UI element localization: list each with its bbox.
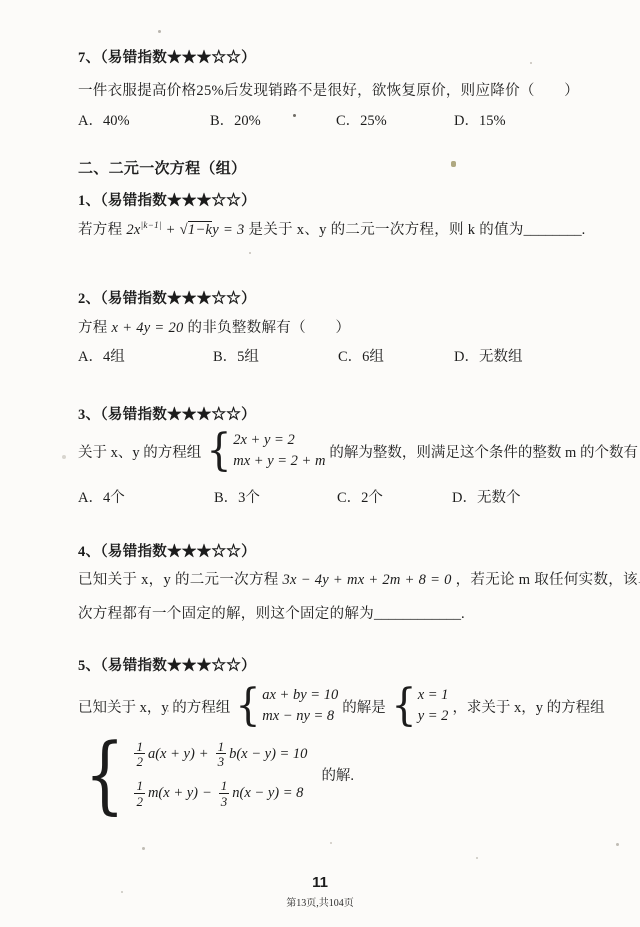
question-7-text: 一件衣服提高价格25%后发现销路不是很好，欲恢复原价，则应降价（ ） <box>78 79 579 100</box>
q5-mid-text: 的解是 <box>342 696 386 717</box>
question-2-option-a: A．4组 <box>78 345 125 366</box>
q1-plus: + <box>166 222 176 238</box>
q5-solution-system: { x = 1 y = 2 <box>390 684 449 728</box>
q5-tail-text: ，求关于 x，y 的方程组 <box>452 696 604 717</box>
q1-sqrt-sign: √ <box>180 222 188 238</box>
q3-system-row-2: mx + y = 2 + m <box>233 451 325 472</box>
q3-pre-text: 关于 x、y 的方程组 <box>78 441 201 462</box>
q1-exponent: |k−1| <box>141 220 162 230</box>
scan-speck <box>476 857 478 859</box>
question-5-target-system: { 12 a(x + y) + 13 b(x − y) = 10 12 m(x … <box>78 736 354 812</box>
left-brace: { <box>85 732 125 816</box>
question-5-line-1: 已知关于 x，y 的方程组 { ax + by = 10 mx − ny = 8… <box>78 682 605 730</box>
scan-speck <box>142 847 145 850</box>
q1-answer-blank: ________ <box>524 222 582 238</box>
page-info: 第13页,共104页 <box>0 894 640 909</box>
question-4-header: 4、（易错指数★★★☆☆） <box>78 540 256 561</box>
question-2-option-c: C．6组 <box>338 345 384 366</box>
left-brace: { <box>207 429 232 473</box>
scan-speck <box>121 891 123 893</box>
q1-radicand: 1−k <box>188 221 212 238</box>
question-2-header: 2、（易错指数★★★☆☆） <box>78 287 256 308</box>
question-2-option-d: D．无数组 <box>454 345 522 366</box>
q5-big-suffix: 的解. <box>321 764 354 785</box>
q5-big-r1-op: + <box>199 746 209 763</box>
scan-speck <box>330 842 332 844</box>
q4-answer-blank: ____________ <box>374 606 461 622</box>
q5-sol-row-1: x = 1 <box>418 685 449 706</box>
question-3-option-b: B．3个 <box>214 486 260 507</box>
question-7-option-c: C．25% <box>336 109 387 130</box>
left-brace: { <box>391 684 416 728</box>
scan-speck <box>167 710 169 712</box>
question-3-text: 关于 x、y 的方程组 { 2x + y = 2 mx + y = 2 + m … <box>78 428 640 474</box>
question-3-option-a: A．4个 <box>78 486 125 507</box>
q5-lead-text: 已知关于 x，y 的方程组 <box>78 696 230 717</box>
question-2-text: 方程 x + 4y = 20 的非负整数解有（ ） <box>78 316 350 337</box>
question-1-header: 1、（易错指数★★★☆☆） <box>78 189 256 210</box>
question-5-header: 5、（易错指数★★★☆☆） <box>78 654 256 675</box>
q5-big-r2-op: − <box>202 785 212 802</box>
scan-speck <box>293 114 296 117</box>
question-2-option-b: B．5组 <box>213 345 259 366</box>
scan-speck <box>249 252 251 254</box>
q3-post-text: 的解为整数，则满足这个条件的整数 m 的个数有（ ） <box>329 441 640 462</box>
q5-big-r2-term1: m(x + y) <box>148 785 198 802</box>
fraction-one-third: 13 <box>216 740 227 769</box>
q5-given-system: { ax + by = 10 mx − ny = 8 <box>234 684 338 728</box>
fraction-one-half: 12 <box>134 779 145 808</box>
q1-term1: 2x <box>126 222 140 238</box>
question-3-option-d: D．无数个 <box>452 486 520 507</box>
q5-big-r2-term2: n(x − y) = 8 <box>232 785 303 802</box>
q4-post-text: ，若无论 m 取任何实数，该二元一 <box>456 572 640 588</box>
q1-period: . <box>582 222 586 238</box>
question-3-option-c: C．2个 <box>337 486 383 507</box>
scanned-exam-page: 7、（易错指数★★★☆☆） 一件衣服提高价格25%后发现销路不是很好，欲恢复原价… <box>0 0 640 927</box>
q4-period: . <box>461 606 465 622</box>
question-1-text: 若方程 2x|k−1| + √1−ky = 3 是关于 x、y 的二元一次方程，… <box>78 218 586 239</box>
q2-pre-text: 方程 <box>78 320 108 336</box>
scan-speck <box>158 30 161 33</box>
q4-equation: 3x − 4y + mx + 2m + 8 = 0 <box>283 572 452 588</box>
scan-speck <box>530 62 532 64</box>
q5-sys1-row-1: ax + by = 10 <box>262 685 338 706</box>
q5-big-row-1: 12 a(x + y) + 13 b(x − y) = 10 <box>131 740 307 769</box>
q3-system-row-1: 2x + y = 2 <box>233 430 325 451</box>
q2-equation: x + 4y = 20 <box>112 320 184 336</box>
q5-big-row-2: 12 m(x + y) − 13 n(x − y) = 8 <box>131 779 307 808</box>
q1-y-var: y <box>212 222 219 238</box>
left-brace: { <box>236 684 261 728</box>
page-number: 11 <box>0 874 640 891</box>
fraction-one-third: 13 <box>219 779 230 808</box>
q1-equals: = 3 <box>223 222 245 238</box>
fraction-one-half: 12 <box>134 740 145 769</box>
question-7-header: 7、（易错指数★★★☆☆） <box>78 46 256 67</box>
q1-post-text: 是关于 x、y 的二元一次方程，则 k 的值为 <box>248 222 523 238</box>
question-7-option-b: B．20% <box>210 109 261 130</box>
q5-big-r1-term2: b(x − y) = 10 <box>229 746 307 763</box>
scan-speck <box>62 455 66 459</box>
question-7-option-d: D．15% <box>454 109 506 130</box>
q2-post-text: 的非负整数解有（ ） <box>187 320 350 336</box>
q5-big-r1-term1: a(x + y) <box>148 746 195 763</box>
question-4-line-2: 次方程都有一个固定的解，则这个固定的解为____________. <box>78 602 465 623</box>
question-4-line-1: 已知关于 x，y 的二元一次方程 3x − 4y + mx + 2m + 8 =… <box>78 568 640 589</box>
q1-pre-text: 若方程 <box>78 222 122 238</box>
scan-mark <box>451 161 456 167</box>
question-3-header: 3、（易错指数★★★☆☆） <box>78 403 256 424</box>
q5-sys1-row-2: mx − ny = 8 <box>262 706 338 727</box>
section-2-title: 二、二元一次方程（组） <box>78 157 246 178</box>
scan-speck <box>616 843 619 846</box>
q4-line2-text: 次方程都有一个固定的解，则这个固定的解为 <box>78 606 374 622</box>
q5-sol-row-2: y = 2 <box>418 706 449 727</box>
q4-pre-text: 已知关于 x，y 的二元一次方程 <box>78 572 279 588</box>
question-7-option-a: A．40% <box>78 109 130 130</box>
q3-equation-system: { 2x + y = 2 mx + y = 2 + m <box>205 429 325 473</box>
